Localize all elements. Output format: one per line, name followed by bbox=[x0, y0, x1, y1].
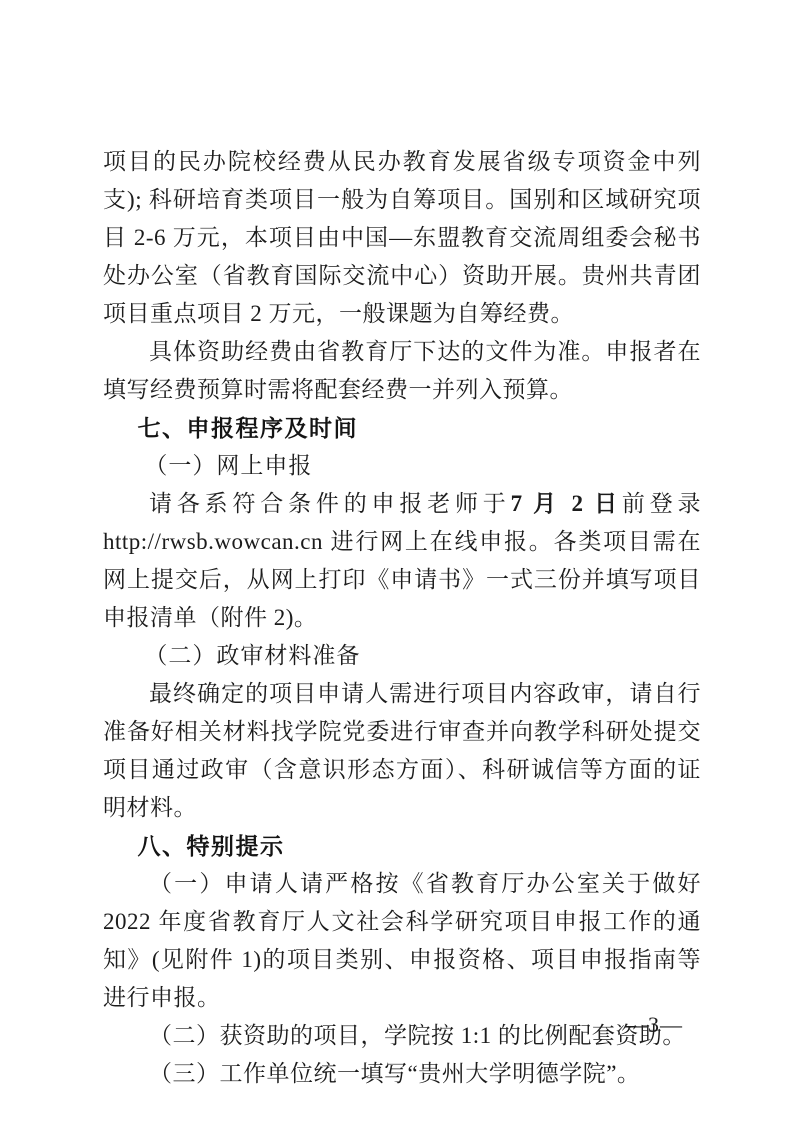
paragraph-special-note-3: （三）工作单位统一填写“贵州大学明德学院”。 bbox=[103, 1055, 701, 1093]
deadline-date: 7 月 2 日 bbox=[511, 491, 622, 516]
page-number: —3— bbox=[625, 1010, 683, 1040]
text-run-before-deadline: 请各系符合条件的申报老师于 bbox=[149, 491, 511, 516]
paragraph-online-application: 请各系符合条件的申报老师于7 月 2 日前登录 http://rwsb.wowc… bbox=[103, 485, 701, 637]
paragraph-budget-note: 具体资助经费由省教育厅下达的文件为准。申报者在填写经费预算时需将配套经费一并列入… bbox=[103, 333, 701, 409]
heading-section-7-application-procedure: 七、申报程序及时间 bbox=[103, 409, 701, 447]
paragraph-special-note-2: （二）获资助的项目，学院按 1:1 的比例配套资助。 bbox=[103, 1017, 701, 1055]
heading-section-8-special-notes: 八、特别提示 bbox=[103, 827, 701, 865]
subheading-online-application: （一）网上申报 bbox=[103, 447, 701, 485]
paragraph-funding-sources: 项目的民办院校经费从民办教育发展省级专项资金中列支); 科研培育类项目一般为自筹… bbox=[103, 143, 701, 333]
document-page-content: 项目的民办院校经费从民办教育发展省级专项资金中列支); 科研培育类项目一般为自筹… bbox=[103, 143, 701, 1093]
paragraph-special-note-1: （一）申请人请严格按《省教育厅办公室关于做好 2022 年度省教育厅人文社会科学… bbox=[103, 865, 701, 1017]
paragraph-political-review: 最终确定的项目申请人需进行项目内容政审，请自行准备好相关材料找学院党委进行审查并… bbox=[103, 675, 701, 827]
subheading-political-review-materials: （二）政审材料准备 bbox=[103, 637, 701, 675]
